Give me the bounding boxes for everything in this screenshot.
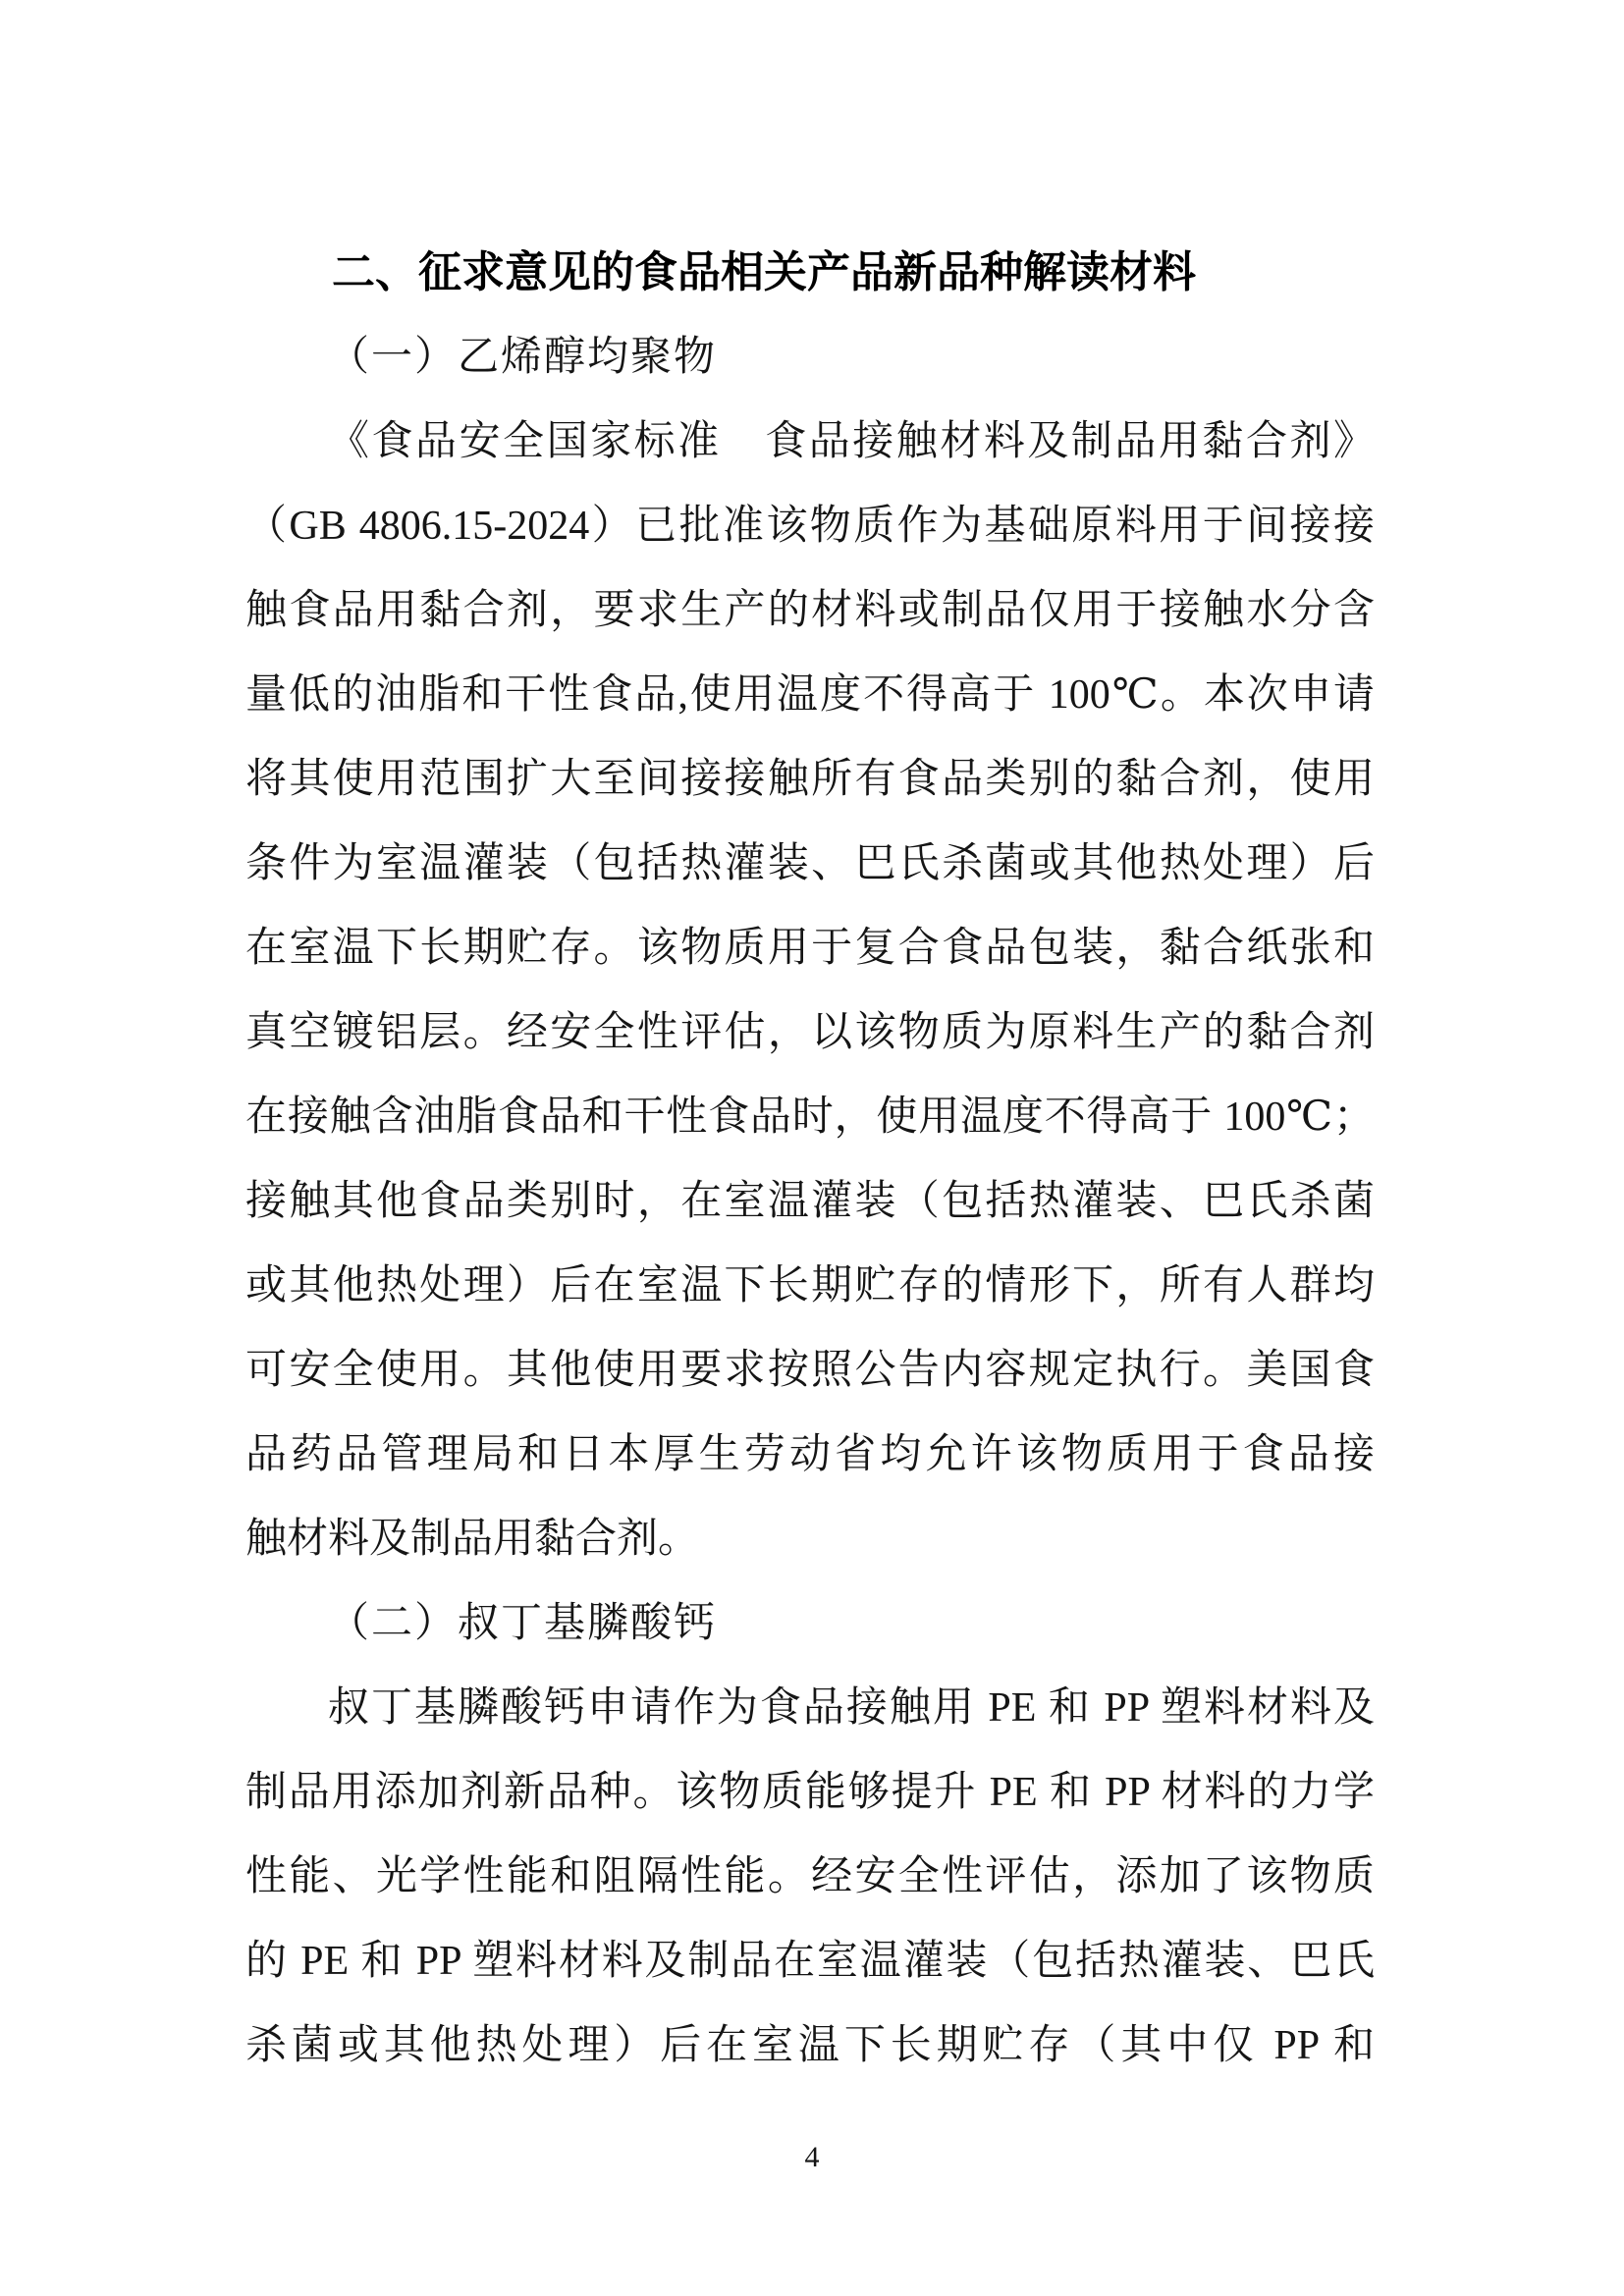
text-line: 在接触含油脂食品和干性食品时，使用温度不得高于 100℃； — [245, 1075, 1375, 1159]
subsection-2-heading: （二）叔丁基膦酸钙 — [245, 1581, 1375, 1666]
text-line: 品药品管理局和日本厚生劳动省均允许该物质用于食品接 — [245, 1413, 1375, 1497]
text-line: 条件为室温灌装（包括热灌装、巴氏杀菌或其他热处理）后 — [245, 822, 1375, 906]
text-line: 真空镀铝层。经安全性评估，以该物质为原料生产的黏合剂 — [245, 990, 1375, 1075]
document-page: 二、征求意见的食品相关产品新品种解读材料 （一）乙烯醇均聚物 《食品安全国家标准… — [0, 0, 1624, 2296]
page-number: 4 — [0, 2140, 1624, 2175]
text-line: 触材料及制品用黏合剂。 — [245, 1497, 1375, 1581]
text-line: 量低的油脂和干性食品,使用温度不得高于 100℃。本次申请 — [245, 653, 1375, 737]
text-line: 在室温下长期贮存。该物质用于复合食品包装，黏合纸张和 — [245, 906, 1375, 990]
subsection-1-heading: （一）乙烯醇均聚物 — [245, 315, 1375, 400]
text-line: 杀菌或其他热处理）后在室温下长期贮存（其中仅 PP 和 — [245, 2003, 1375, 2088]
text-line: 的 PE 和 PP 塑料材料及制品在室温灌装（包括热灌装、巴氏 — [245, 1919, 1375, 2003]
text-line: 制品用添加剂新品种。该物质能够提升 PE 和 PP 材料的力学 — [245, 1750, 1375, 1835]
text-line: 接触其他食品类别时，在室温灌装（包括热灌装、巴氏杀菌 — [245, 1159, 1375, 1244]
page-content: 二、征求意见的食品相关产品新品种解读材料 （一）乙烯醇均聚物 《食品安全国家标准… — [245, 231, 1375, 2088]
text-line: 叔丁基膦酸钙申请作为食品接触用 PE 和 PP 塑料材料及 — [245, 1666, 1375, 1750]
text-line: 触食品用黏合剂，要求生产的材料或制品仅用于接触水分含 — [245, 568, 1375, 653]
text-line: 将其使用范围扩大至间接接触所有食品类别的黏合剂，使用 — [245, 737, 1375, 822]
text-line: （GB 4806.15-2024）已批准该物质作为基础原料用于间接接 — [245, 484, 1375, 568]
text-line: 《食品安全国家标准 食品接触材料及制品用黏合剂》 — [245, 400, 1375, 484]
text-line: 或其他热处理）后在室温下长期贮存的情形下，所有人群均 — [245, 1244, 1375, 1328]
text-line: 可安全使用。其他使用要求按照公告内容规定执行。美国食 — [245, 1328, 1375, 1413]
text-line: 性能、光学性能和阻隔性能。经安全性评估，添加了该物质 — [245, 1835, 1375, 1919]
section-heading: 二、征求意见的食品相关产品新品种解读材料 — [245, 231, 1375, 315]
